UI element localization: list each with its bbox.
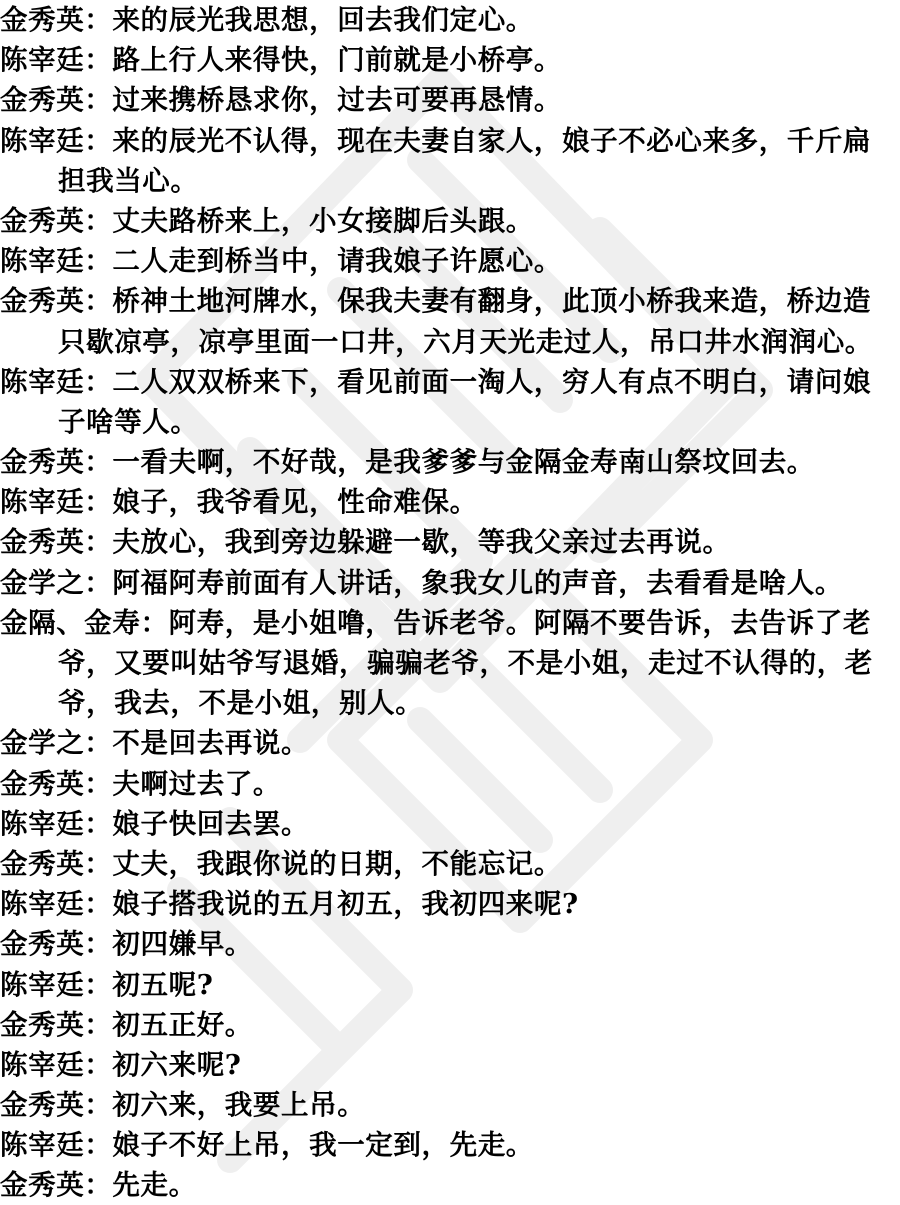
dialogue-line: 陈宰廷：路上行人来得快，门前就是小桥亭。 (0, 40, 900, 80)
dialogue-line: 陈宰廷：娘子，我爷看见，性命难保。 (0, 482, 900, 522)
dialogue-line: 陈宰廷：娘子快回去罢。 (0, 804, 900, 844)
dialogue-line: 金秀英：过来携桥恳求你，过去可要再恳情。 (0, 80, 900, 120)
dialogue-line: 金秀英：初五正好。 (0, 1005, 900, 1045)
dialogue-line: 金秀英：初四嫌早。 (0, 924, 900, 964)
dialogue-line: 陈宰廷：二人双双桥来下，看见前面一淘人，穷人有点不明白，请问娘 (0, 362, 900, 402)
dialogue-line: 金学之：不是回去再说。 (0, 723, 900, 763)
dialogue-line: 金秀英：夫放心，我到旁边躲避一歇，等我父亲过去再说。 (0, 522, 900, 562)
dialogue-line-continuation: 只歇凉亭，凉亭里面一口井，六月天光走过人，吊口井水润润心。 (0, 322, 900, 362)
dialogue-line-continuation: 爷，又要叫姑爷写退婚，骗骗老爷，不是小姐，走过不认得的，老 (0, 643, 900, 683)
dialogue-line: 金秀英：丈夫，我跟你说的日期，不能忘记。 (0, 844, 900, 884)
dialogue-line: 陈宰廷：娘子搭我说的五月初五，我初四来呢? (0, 884, 900, 924)
dialogue-line: 金隔、金寿：阿寿，是小姐噜，告诉老爷。阿隔不要告诉，去告诉了老 (0, 603, 900, 643)
dialogue-line: 金学之：阿福阿寿前面有人讲话，象我女儿的声音，去看看是啥人。 (0, 563, 900, 603)
dialogue-line: 金秀英：先走。 (0, 1165, 900, 1205)
dialogue-line: 金秀英：桥神土地河牌水，保我夫妻有翻身，此顶小桥我来造，桥边造 (0, 281, 900, 321)
dialogue-line: 金秀英：夫啊过去了。 (0, 764, 900, 804)
dialogue-line: 金秀英：丈夫路桥来上，小女接脚后头跟。 (0, 201, 900, 241)
dialogue-line: 陈宰廷：娘子不好上吊，我一定到，先走。 (0, 1125, 900, 1165)
dialogue-line: 金秀英：来的辰光我思想，回去我们定心。 (0, 0, 900, 40)
dialogue-line: 金秀英：初六来，我要上吊。 (0, 1085, 900, 1125)
dialogue-line-continuation: 爷，我去，不是小姐，别人。 (0, 683, 900, 723)
dialogue-line: 陈宰廷：二人走到桥当中，请我娘子许愿心。 (0, 241, 900, 281)
dialogue-line: 陈宰廷：初五呢? (0, 965, 900, 1005)
dialogue-line: 金秀英：一看夫啊，不好哉，是我爹爹与金隔金寿南山祭坟回去。 (0, 442, 900, 482)
dialogue-line: 陈宰廷：初六来呢? (0, 1045, 900, 1085)
dialogue-line: 陈宰廷：来的辰光不认得，现在夫妻自家人，娘子不必心来多，千斤扁 (0, 121, 900, 161)
dialogue-line-continuation: 子啥等人。 (0, 402, 900, 442)
script-document: 金秀英：来的辰光我思想，回去我们定心。 陈宰廷：路上行人来得快，门前就是小桥亭。… (0, 0, 900, 1205)
dialogue-line-continuation: 担我当心。 (0, 161, 900, 201)
